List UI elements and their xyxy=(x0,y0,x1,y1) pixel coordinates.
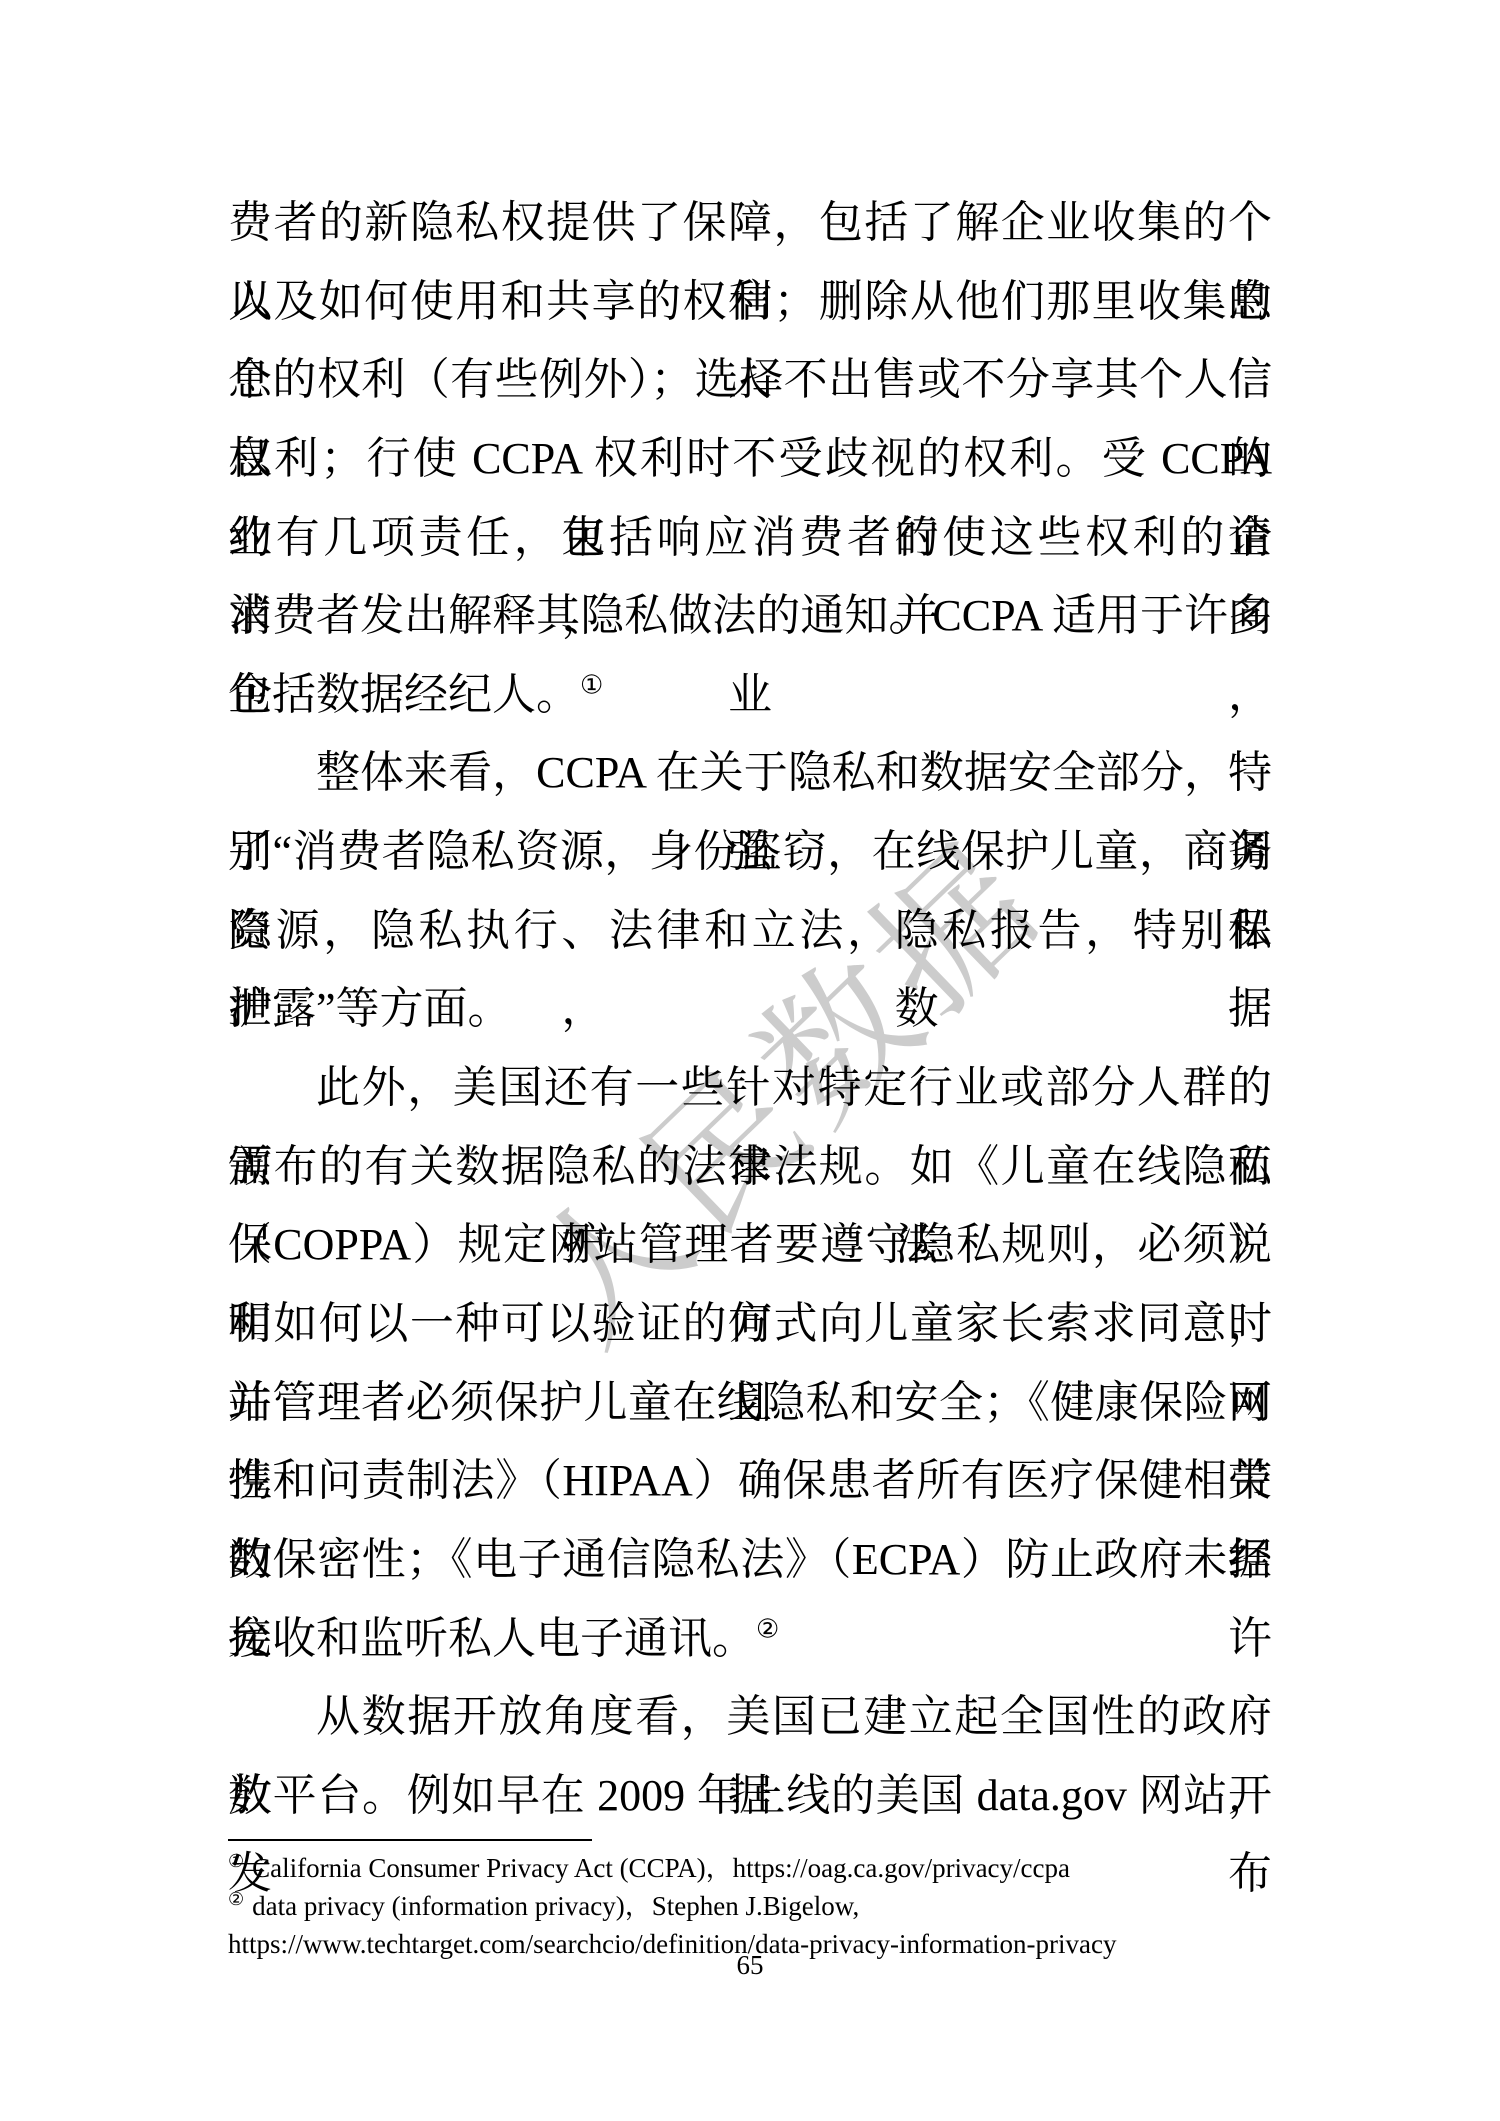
body-line: 放平台。例如早在 2009 年上线的美国 data.gov 网站，发布 xyxy=(228,1757,1272,1836)
body-line-text: 泄露”等方面。 xyxy=(228,984,512,1033)
body-line-text: 接收和监听私人电子通讯。 xyxy=(228,1614,756,1663)
body-line: 的保密性；《电子通信隐私法》（ECPA）防止政府未经允许 xyxy=(228,1521,1272,1600)
footnote-reference: ① xyxy=(580,670,603,699)
body-line: 权利；行使 CCPA 权利时不受歧视的权利。受 CCPA 约束的企 xyxy=(228,420,1272,499)
footnotes: ①California Consumer Privacy Act (CCPA)，… xyxy=(228,1849,1288,1963)
footnote-reference: ② xyxy=(756,1614,779,1643)
body-line: （COPPA）规定网站管理者要遵守隐私规则，必须说明何时 xyxy=(228,1206,1272,1285)
body-line: 消费者发出解释其隐私做法的通知。CCPA 适用于许多企业， xyxy=(228,577,1272,656)
body-line: 费者的新隐私权提供了保障，包括了解企业收集的个人信息 xyxy=(228,184,1272,263)
footnote-line: ②data privacy (information privacy)，Step… xyxy=(228,1887,1288,1925)
footnote-text: California Consumer Privacy Act (CCPA)，h… xyxy=(252,1853,1070,1883)
body-line: 从数据开放角度看，美国已建立起全国性的政府数据开 xyxy=(228,1678,1272,1757)
body-line-text: 包括数据经纪人。 xyxy=(228,670,580,719)
body-line: 资源，隐私执行、法律和立法，隐私报告，特别保护，数据 xyxy=(228,892,1272,971)
footnote-marker: ① xyxy=(228,1851,244,1871)
footnote-marker: ② xyxy=(228,1889,244,1909)
body-line: 以及如何使用和共享的权利；删除从他们那里收集的个人信 xyxy=(228,263,1272,342)
footnote-text: data privacy (information privacy)，Steph… xyxy=(252,1891,859,1921)
document-page: 人民数据 费者的新隐私权提供了保障，包括了解企业收集的个人信息以及如何使用和共享… xyxy=(0,0,1500,2121)
body-line: 整体来看，CCPA 在关于隐私和数据安全部分，特别强调 xyxy=(228,734,1272,813)
body-line: 颁布的有关数据隐私的法律法规。如《儿童在线隐私保护法》 xyxy=(228,1128,1272,1207)
body-line: 息的权利（有些例外）；选择不出售或不分享其个人信息的 xyxy=(228,341,1272,420)
footnote-separator-rule xyxy=(228,1839,592,1841)
body-text: 费者的新隐私权提供了保障，包括了解企业收集的个人信息以及如何使用和共享的权利；删… xyxy=(228,184,1272,1835)
page-number: 65 xyxy=(0,1950,1500,1981)
body-line: 了“消费者隐私资源，身份盗窃，在线保护儿童，商务隐私 xyxy=(228,813,1272,892)
body-line: 此外，美国还有一些针对特定行业或部分人群的需求而 xyxy=(228,1049,1272,1128)
body-line: 站管理者必须保护儿童在线隐私和安全；《健康保险可携带 xyxy=(228,1364,1272,1443)
footnote-line: ①California Consumer Privacy Act (CCPA)，… xyxy=(228,1849,1288,1887)
body-line: 和如何以一种可以验证的方式向儿童家长索求同意，并且网 xyxy=(228,1285,1272,1364)
body-line: 性和问责制法》（HIPAA）确保患者所有医疗保健相关数据 xyxy=(228,1442,1272,1521)
body-line: 业有几项责任，包括响应消费者行使这些权利的请求，并向 xyxy=(228,499,1272,578)
